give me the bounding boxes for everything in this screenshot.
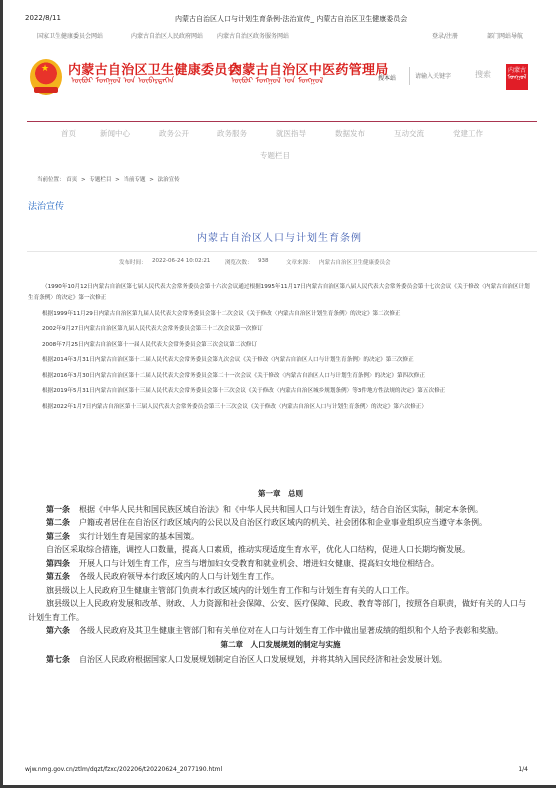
clause-text: 实行计划生育是国家的基本国策。 bbox=[79, 532, 199, 541]
article-clause: 第一条根据《中华人民共和国民族区域自治法》和《中华人民共和国人口与计划生育法》，… bbox=[28, 503, 533, 517]
breadcrumb-separator: > bbox=[149, 177, 154, 183]
clause-paragraph: 旗县级以上人民政府发展和改革、财政、人力资源和社会保障、公安、医疗保障、民政、教… bbox=[28, 597, 533, 624]
amendment-history: （1990年10月12日内蒙古自治区第七届人民代表大会常务委员会第十六次会议通过… bbox=[28, 282, 533, 417]
nav-item-home[interactable]: 首页 bbox=[61, 128, 76, 139]
clause-label: 第三条 bbox=[46, 532, 70, 541]
clause-paragraph: 自治区采取综合措施，调控人口数量，提高人口素质，推动实现适度生育水平，优化人口结… bbox=[28, 543, 533, 557]
views-label: 浏览次数： bbox=[225, 258, 253, 266]
clause-label: 第五条 bbox=[46, 572, 70, 581]
top-links-bar: 国家卫生健康委员会网站 内蒙古自治区人民政府网站 内蒙古自治区政务服务网站 登录… bbox=[37, 31, 536, 43]
masthead: ★ 内蒙古自治区卫生健康委员会 内蒙古自治区中医药管理局 ᠥᠪᠥᠷ ᠮᠣᠩᠭᠣᠯ… bbox=[3, 55, 556, 105]
nav-item-special-topics[interactable]: 专题栏目 bbox=[260, 150, 290, 161]
nav-item-news[interactable]: 新闻中心 bbox=[100, 128, 130, 139]
print-page-title: 内蒙古自治区人口与计划生育条例-法治宣传_ 内蒙古自治区卫生健康委员会 bbox=[175, 14, 407, 24]
nav-item-medical-guidance[interactable]: 就医指导 bbox=[276, 128, 306, 139]
star-icon: ★ bbox=[41, 65, 49, 74]
clause-text: 户籍或者居住在自治区行政区域内的公民以及自治区行政区域内的机关、社会团体和企业事… bbox=[79, 518, 487, 527]
publish-time: 2022-06-24 10:02:21 bbox=[152, 258, 210, 264]
article-clause: 第五条各级人民政府领导本行政区域内的人口与计划生育工作。 bbox=[28, 570, 533, 584]
search-divider bbox=[409, 67, 410, 85]
article-clause: 第七条自治区人民政府根据国家人口发展规划制定自治区人口发展规划，并将其纳入国民经… bbox=[28, 653, 533, 667]
clause-text: 自治区人民政府根据国家人口发展规划制定自治区人口发展规划，并将其纳入国民经济和社… bbox=[79, 655, 447, 664]
clause-text: 各级人民政府领导本行政区域内的人口与计划生育工作。 bbox=[79, 572, 279, 581]
breadcrumb-separator: > bbox=[81, 177, 86, 183]
nav-item-data-release[interactable]: 数据发布 bbox=[335, 128, 365, 139]
search-scope-label[interactable]: 搜本站 bbox=[378, 73, 396, 82]
page-number: 1/4 bbox=[518, 766, 528, 773]
history-line: 根据2014年3月31日内蒙古自治区第十二届人民代表大会常务委员会第九次会议《关… bbox=[28, 355, 533, 371]
views-count: 938 bbox=[258, 258, 269, 264]
clause-text: 开展人口与计划生育工作，应当与增加妇女受教育和就业机会、增进妇女健康、提高妇女地… bbox=[79, 559, 439, 568]
link-nmg-service-website[interactable]: 内蒙古自治区政务服务网站 bbox=[217, 31, 289, 40]
print-header: 2022/8/11 内蒙古自治区人口与计划生育条例-法治宣传_ 内蒙古自治区卫生… bbox=[25, 14, 536, 26]
history-line: 2002年9月27日内蒙古自治区第九届人民代表大会常务委员会第三十二次会议第一次… bbox=[28, 324, 533, 340]
link-nhc-website[interactable]: 国家卫生健康委员会网站 bbox=[37, 31, 103, 40]
clause-label: 第六条 bbox=[46, 626, 70, 635]
page-url: wjw.nmg.gov.cn/ztlm/dqzt/fzxc/202206/t20… bbox=[25, 766, 222, 773]
history-line: 根据1999年11月29日内蒙古自治区第九届人民代表大会常务委员会第十二次会议《… bbox=[28, 309, 533, 325]
login-register-link[interactable]: 登录/注册 bbox=[432, 31, 458, 40]
national-emblem-icon: ★ bbox=[30, 59, 62, 95]
main-nav: 首页 新闻中心 政务公开 政务服务 就医指导 数据发布 互动交流 党建工作 专题… bbox=[3, 128, 556, 164]
section-title: 法治宣传 bbox=[28, 199, 64, 212]
breadcrumb-item-current-topic[interactable]: 当前专题 bbox=[124, 177, 146, 183]
article-clause: 第三条实行计划生育是国家的基本国策。 bbox=[28, 530, 533, 544]
clause-text: 根据《中华人民共和国民族区域自治法》和《中华人民共和国人口与计划生育法》，结合自… bbox=[79, 505, 483, 514]
history-line: （1990年10月12日内蒙古自治区第七届人民代表大会常务委员会第十六次会议通过… bbox=[28, 282, 533, 309]
nav-item-government-affairs[interactable]: 政务公开 bbox=[159, 128, 189, 139]
nav-item-interaction[interactable]: 互动交流 bbox=[394, 128, 424, 139]
breadcrumb-prefix: 当前位置： bbox=[37, 177, 65, 183]
history-line: 根据2022年1月7日内蒙古自治区第十三届人民代表大会常务委员会第三十三次会议《… bbox=[28, 402, 533, 418]
nav-item-party-building[interactable]: 党建工作 bbox=[453, 128, 483, 139]
history-line: 根据2019年5月31日内蒙古自治区第十三届人民代表大会常务委员会第十三次会议《… bbox=[28, 386, 533, 402]
breadcrumb-item-special-topics[interactable]: 专题栏目 bbox=[89, 177, 111, 183]
history-line: 根据2016年3月30日内蒙古自治区第十二届人民代表大会常务委员会第二十一次会议… bbox=[28, 371, 533, 387]
article-clause: 第六条各级人民政府及其卫生健康主管部门和有关单位对在人口与计划生育工作中做出显著… bbox=[28, 624, 533, 638]
mongolian-script-name-1: ᠥᠪᠥᠷ ᠮᠣᠩᠭᠣᠯ ᠤᠨ ᠥᠪᠡᠷᠲᠡᠭᠡᠨ bbox=[71, 77, 174, 97]
article-title: 内蒙古自治区人口与计划生育条例 bbox=[3, 229, 556, 244]
breadcrumb-item-legal-publicity[interactable]: 法治宣传 bbox=[158, 177, 180, 183]
history-line: 2008年7月25日内蒙古自治区第十一届人民代表大会常务委员会第三次会议第二次修… bbox=[28, 340, 533, 356]
chapter-heading: 第二章 人口发展规划的制定与实施 bbox=[28, 638, 533, 652]
clause-paragraph: 旗县级以上人民政府卫生健康主管部门负责本行政区域内的计划生育工作和与计划生育有关… bbox=[28, 584, 533, 598]
search-button[interactable]: 搜索 bbox=[475, 69, 491, 80]
link-nmg-gov-website[interactable]: 内蒙古自治区人民政府网站 bbox=[131, 31, 203, 40]
title-divider bbox=[27, 251, 537, 252]
publish-time-label: 发布时间： bbox=[119, 258, 147, 266]
department-nav-link[interactable]: 部门网站导航 bbox=[487, 31, 523, 40]
article-clause: 第四条开展人口与计划生育工作，应当与增加妇女受教育和就业机会、增进妇女健康、提高… bbox=[28, 557, 533, 571]
search-input[interactable] bbox=[415, 69, 465, 83]
clause-label: 第四条 bbox=[46, 559, 70, 568]
breadcrumb: 当前位置： 首页 > 专题栏目 > 当前专题 > 法治宣传 bbox=[37, 175, 180, 183]
nav-item-government-services[interactable]: 政务服务 bbox=[217, 128, 247, 139]
print-date: 2022/8/11 bbox=[25, 14, 61, 22]
printed-page: 2022/8/11 内蒙古自治区人口与计划生育条例-法治宣传_ 内蒙古自治区卫生… bbox=[3, 0, 556, 785]
article-source: 内蒙古自治区卫生健康委员会 bbox=[319, 258, 391, 266]
clause-label: 第一条 bbox=[46, 505, 70, 514]
breadcrumb-separator: > bbox=[115, 177, 120, 183]
clause-label: 第七条 bbox=[46, 655, 70, 664]
source-label: 文章来源： bbox=[286, 258, 314, 266]
chapter-heading: 第一章 总则 bbox=[28, 487, 533, 501]
nav-divider bbox=[27, 121, 537, 122]
emblem-base bbox=[34, 87, 58, 93]
mongolian-script-name-2: ᠥᠪᠥᠷ ᠮᠣᠩᠭᠣᠯ ᠤᠨ ᠮᠣᠩᠭᠣᠯ bbox=[231, 77, 323, 97]
article-body: 第一章 总则 第一条根据《中华人民共和国民族区域自治法》和《中华人民共和国人口与… bbox=[28, 487, 533, 667]
inner-mongolia-seal-logo[interactable]: 内蒙古 ᠮᠣᠩᠭᠣᠯ bbox=[506, 64, 528, 90]
clause-label: 第二条 bbox=[46, 518, 70, 527]
article-clause: 第二条户籍或者居住在自治区行政区域内的公民以及自治区行政区域内的机关、社会团体和… bbox=[28, 516, 533, 530]
clause-text: 各级人民政府及其卫生健康主管部门和有关单位对在人口与计划生育工作中做出显著成绩的… bbox=[79, 626, 503, 635]
breadcrumb-item-home[interactable]: 首页 bbox=[66, 177, 77, 183]
